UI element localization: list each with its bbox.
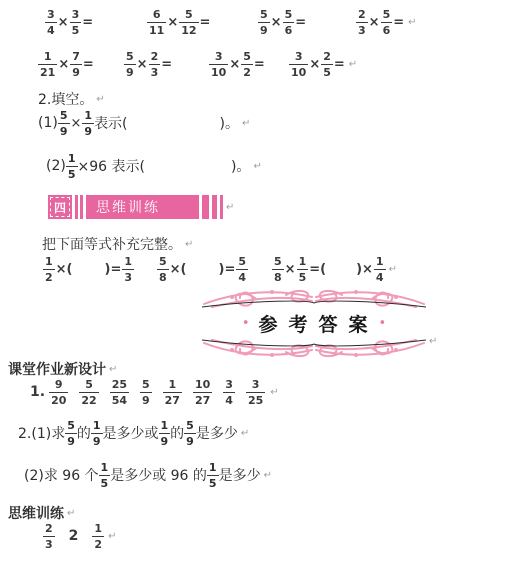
- reference-answers-title-row: • 参考答案 •: [242, 310, 386, 337]
- fraction: 14: [374, 256, 386, 283]
- fraction: 15: [66, 153, 78, 180]
- equation-problem: 58 × 15 =( )× 14 ↵: [272, 255, 397, 283]
- banner-stripe: [212, 195, 217, 219]
- banner-stripe: [220, 195, 223, 219]
- answer-fraction: 34: [223, 379, 235, 406]
- multiplication-problem: 611 × 512 =: [147, 8, 211, 36]
- equals-open-paren: =(: [309, 262, 326, 277]
- answer-fraction: 59: [140, 379, 152, 406]
- close-paren: )。: [231, 156, 250, 176]
- fraction: 59: [124, 51, 136, 78]
- answer-fraction: 23: [43, 523, 55, 550]
- ornament-dot: •: [242, 316, 250, 331]
- ornament-dot: •: [379, 316, 387, 331]
- banner-title: 思维训练: [96, 197, 160, 217]
- multiplication-problem: 59 × 23 =: [124, 50, 173, 78]
- answer-fraction: 920: [49, 379, 68, 406]
- fraction: 59: [65, 420, 77, 447]
- fraction: 512: [179, 9, 198, 36]
- close-paren-equals: )=: [219, 262, 236, 277]
- fraction: 34: [45, 9, 57, 36]
- reference-answers-ornament: • 参考答案 •: [198, 287, 430, 360]
- fraction: 54: [236, 256, 248, 283]
- fill-section-heading: 2.填空。 ↵: [38, 86, 105, 112]
- homework-answers-row: 1. 920 522 2554 59 127 1027 34 325 ↵: [30, 378, 279, 406]
- paragraph-mark: ↵: [270, 387, 278, 398]
- fraction: 611: [147, 9, 166, 36]
- banner-stripe: [202, 195, 209, 219]
- answer-fraction: 2554: [110, 379, 129, 406]
- multiplication-problem: 310 × 25 = ↵: [289, 50, 357, 78]
- multiplication-problem: 121 × 79 =: [38, 50, 95, 78]
- fraction: 23: [356, 9, 368, 36]
- fraction: 12: [43, 256, 55, 283]
- paragraph-mark: ↵: [429, 336, 437, 347]
- homework-q2-1: 2.(1)求 59 的 19 是多少或 19 的 59 是多少 ↵: [18, 420, 249, 446]
- equals-sign: =: [82, 15, 93, 30]
- homework-q2-2: (2)求 96 个 15 是多少或 96 的 15 是多少 ↵: [24, 462, 272, 488]
- multiplication-problem: 59 × 56 =: [258, 8, 307, 36]
- times-open-paren: ×(: [56, 262, 73, 277]
- times-sign: ×: [369, 15, 380, 30]
- paragraph-mark: ↵: [253, 161, 261, 172]
- fraction: 121: [38, 51, 57, 78]
- fraction: 25: [321, 51, 333, 78]
- multiplication-problem: 34 × 35 =: [45, 8, 94, 36]
- fraction: 310: [289, 51, 308, 78]
- answer-fraction: 1027: [193, 379, 212, 406]
- banner-stripe: [80, 195, 83, 219]
- fraction: 58: [272, 256, 284, 283]
- multiplication-problem: 310 × 52 =: [209, 50, 266, 78]
- fraction: 19: [82, 110, 94, 137]
- multiplication-problem: 23 × 56 = ↵: [356, 8, 417, 36]
- flourish-top: [198, 287, 430, 309]
- paragraph-mark: ↵: [389, 264, 397, 275]
- paragraph-mark: ↵: [67, 508, 75, 519]
- paragraph-mark: ↵: [408, 17, 416, 28]
- fraction: 15: [207, 462, 219, 489]
- fill-item-1: (1) 59 × 19 表示( )。 ↵: [38, 110, 250, 136]
- banner-stripe: [75, 195, 78, 219]
- paragraph-mark: ↵: [108, 531, 116, 542]
- times-sign: ×: [58, 15, 69, 30]
- answer-fraction: 325: [246, 379, 265, 406]
- fraction: 58: [157, 256, 169, 283]
- banner-title-bar: 思维训练: [86, 195, 199, 219]
- paragraph-mark: ↵: [241, 428, 249, 439]
- fill-item-2: (2) 15 ×96 表示( )。 ↵: [46, 153, 262, 179]
- equals-sign: =: [334, 57, 345, 72]
- equals-sign: =: [161, 57, 172, 72]
- times-sign: ×: [285, 262, 296, 277]
- answer-fraction: 127: [163, 379, 182, 406]
- equation-problem: 12 ×( )= 13: [43, 255, 134, 283]
- worksheet-page: 34 × 35 = 611 × 512 = 59 × 56 = 23 × 56 …: [0, 0, 517, 561]
- reference-answers-title: 参考答案: [258, 310, 378, 337]
- fraction: 13: [122, 256, 134, 283]
- fraction: 59: [184, 420, 196, 447]
- paragraph-mark: ↵: [96, 94, 104, 105]
- equals-sign: =: [200, 15, 211, 30]
- paragraph-mark: ↵: [349, 59, 357, 70]
- times-open-paren: ×(: [170, 262, 187, 277]
- times-sign: ×: [271, 15, 282, 30]
- fraction: 79: [70, 51, 82, 78]
- section-number: 四: [50, 197, 70, 217]
- equals-sign: =: [83, 57, 94, 72]
- flourish-bottom: [198, 338, 430, 360]
- section-banner: 四 思维训练 ↵: [48, 195, 234, 219]
- answer-number: 2: [69, 528, 79, 544]
- fraction: 19: [159, 420, 171, 447]
- fraction: 23: [149, 51, 161, 78]
- fraction: 52: [241, 51, 253, 78]
- close-paren-times: )×: [356, 262, 373, 277]
- fraction: 59: [58, 110, 70, 137]
- close-paren-equals: )=: [105, 262, 122, 277]
- section-number-stamp: 四: [48, 195, 72, 219]
- equation-problem: 58 ×( )= 54: [157, 255, 248, 283]
- thinking-answers-row: 23 2 12 ↵: [43, 522, 116, 550]
- answer-fraction: 12: [92, 523, 104, 550]
- times-sign: ×: [58, 57, 69, 72]
- answer-fraction: 522: [79, 379, 98, 406]
- fraction: 15: [297, 256, 309, 283]
- fraction: 35: [70, 9, 82, 36]
- paragraph-mark: ↵: [185, 239, 193, 250]
- fraction: 56: [381, 9, 393, 36]
- fraction: 310: [209, 51, 228, 78]
- paragraph-mark: ↵: [226, 202, 234, 213]
- times-sign: ×: [309, 57, 320, 72]
- fraction: 15: [99, 462, 111, 489]
- supplement-instruction: 把下面等式补充完整。 ↵: [42, 231, 193, 257]
- equals-sign: =: [393, 15, 404, 30]
- times-sign: ×: [229, 57, 240, 72]
- times-sign: ×: [71, 116, 82, 131]
- times-sign: ×: [137, 57, 148, 72]
- item-label: 1.: [30, 384, 45, 400]
- paragraph-mark: ↵: [242, 118, 250, 129]
- times-sign: ×: [167, 15, 178, 30]
- fraction: 19: [91, 420, 103, 447]
- close-paren: )。: [220, 113, 239, 133]
- fraction: 56: [283, 9, 295, 36]
- paragraph-mark: ↵: [109, 364, 117, 375]
- fraction: 59: [258, 9, 270, 36]
- equals-sign: =: [254, 57, 265, 72]
- equals-sign: =: [295, 15, 306, 30]
- paragraph-mark: ↵: [264, 470, 272, 481]
